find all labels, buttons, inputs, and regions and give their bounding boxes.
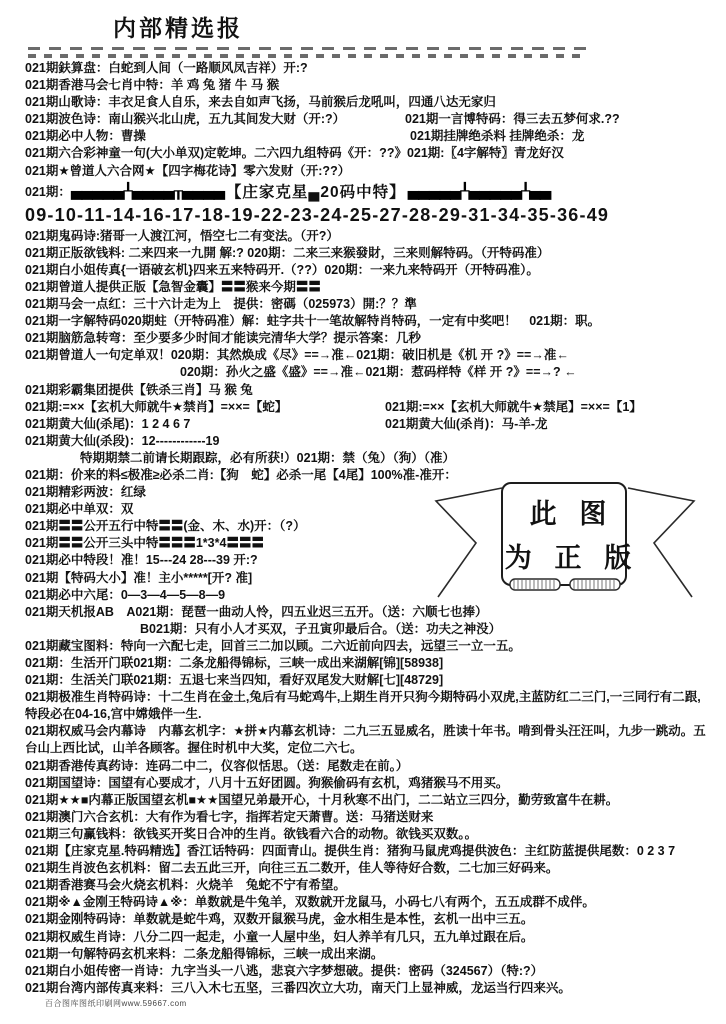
obscured-print-line — [28, 46, 588, 59]
report-line: 021期必中人物：曹操021期挂牌绝杀料 挂牌绝杀：龙 — [0, 128, 726, 145]
bars-row-label: 021期： — [25, 182, 71, 200]
banner-text-line2: 为 正 版 — [505, 543, 640, 573]
twenty-codes-row: 09-10-11-14-16-17-18-19-22-23-24-25-27-2… — [0, 202, 726, 228]
line-text: 021期精彩两波：红绿 — [25, 485, 146, 499]
line-text: 021期※▲金刚王特码诗▲※：单数就是牛兔羊，双数就开龙鼠马，小码七八有两个，五… — [25, 895, 595, 909]
line-text: 021期山歌诗：丰衣足食人自乐，来去自如声飞扬，马前猴后龙吼叫，四通八达无家归 — [25, 95, 496, 109]
report-line: 021期山歌诗：丰衣足食人自乐，来去自如声飞扬，马前猴后龙吼叫，四通八达无家归 — [0, 94, 726, 111]
page-title: 内部精选报 — [113, 10, 726, 43]
line-text: 021期国望诗：国望有心要成才，八月十五好团圆。狗猴偷码有玄机，鸡猪猴马不用买。 — [25, 776, 508, 790]
report-line: 021期香港马会七肖中特：羊 鸡 兔 猪 牛 马 猴 — [0, 77, 726, 94]
report-lines-top: 021期鈇算盘：白蛇到人间（一路顺风凤吉祥）开:?021期香港马会七肖中特：羊 … — [0, 60, 726, 180]
line-text: 021期马会一点红：三十六计走为上 提供：密碼（025973）開:？？準 — [25, 297, 417, 311]
line-text: 021期生肖波色玄机料：留二去五此三开，向往三五二数开，佳人等待好合数，二七加三… — [25, 861, 558, 875]
line-text: 021期鈇算盘：白蛇到人间（一路顺风凤吉祥）开:? — [25, 61, 308, 75]
line-text: 021期藏宝图料：特向一六配七走，回首三二加以顾。二六近前向四去，远望三一立一五… — [25, 639, 521, 653]
line-text: 021期台湾内部传真来料：三八入木七五坚，三番四次立大功，南天门上显神威，龙运当… — [25, 981, 571, 995]
line-text: 021期香港赛马会火烧玄机料：火烧羊 兔蛇不宁有希望。 — [25, 878, 346, 892]
report-line: 021期彩霸集团提供【铁杀三肖】马 猴 兔 — [0, 382, 726, 399]
line-text: 021期必中单双：双 — [25, 502, 133, 516]
line-text: 021期曾道人提供正版【急智金囊】〓〓猴来今期〓〓 — [25, 280, 321, 294]
report-line: 021期鈇算盘：白蛇到人间（一路顺风凤吉祥）开:? — [0, 60, 726, 77]
report-line: 021期香港赛马会火烧玄机料：火烧羊 兔蛇不宁有希望。 — [0, 877, 726, 894]
report-line: 021期澳门六合玄机：大有作为看七字，指挥若定天萧曹。送：马猪送财来 — [0, 809, 726, 826]
line-text: 020期：孙火之盛《盛》==→准←021期：惹码样特《样 开 ?》==→? ← — [180, 365, 577, 379]
report-line: 021期白小姐传真{一语破玄机}四来五来特码开.（??）020期：一来九来特码开… — [0, 262, 726, 279]
report-line: B021期：只有小人才买双，子丑寅卯最后合。（送：功夫之神没） — [0, 621, 726, 638]
line-right-text: 021期挂牌绝杀料 挂牌绝杀：龙 — [410, 128, 584, 145]
report-line: 021期极准生肖特码诗：十二生肖在金土,兔后有马蛇鸡牛,上期生肖开只狗今期特码小… — [0, 689, 726, 723]
genuine-edition-banner: 此 图 为 正 版 — [428, 481, 704, 613]
report-line: 021期:=××【玄机大师就牛★禁肖】=××=【蛇】021期:=××【玄机大师就… — [0, 399, 726, 416]
line-text: 021期金刚特码诗：单数就是蛇牛鸡，双数开鼠猴马虎，金水相生是本性，玄机一出中三… — [25, 912, 533, 926]
line-text: B021期：只有小人才买双，子丑寅卯最后合。（送：功夫之神没） — [140, 622, 501, 636]
line-text: 021期曾道人一句定单双！020期：其然焕成《尽》==→准←021期：破旧机是《… — [25, 348, 569, 362]
line-text: 021期：价来的料≤极准≥必杀二肖:【狗 蛇】必杀一尾【4尾】100%准-准开： — [25, 468, 457, 482]
report-line: 021期黄大仙(杀尾)：1 2 4 6 7021期黄大仙(杀肖)：马-羊-龙 — [0, 416, 726, 433]
line-text: 021期必中六尾：0—3—4—5—8—9 — [25, 588, 225, 602]
line-right-text: 021期黄大仙(杀肖)：马-羊-龙 — [385, 416, 548, 433]
line-text: 021期一字解特码020期蛀（开特码准）解：蛀字共十一笔故解特肖特码，一定有中奖… — [25, 314, 600, 328]
line-text: 021期白小姐传真{一语破玄机}四来五来特码开.（??）020期：一来九来特码开… — [25, 263, 539, 277]
report-line: 021期台湾内部传真来料：三八入木七五坚，三番四次立大功，南天门上显神威，龙运当… — [0, 980, 726, 997]
line-text: 特期期禁二前请长期跟踪，必有所获!）021期：禁（兔）（狗）（准） — [80, 451, 455, 465]
line-text: 021期★曾道人六合网★【四字梅花诗】零六发财（开:??） — [25, 164, 350, 178]
watermark-text: 百合图库图纸印刷网www.59667.com — [45, 998, 187, 1009]
line-text: 021期必中人物：曹操 — [25, 129, 146, 143]
line-text: 021期必中特段！准！15---24 28---39 开:? — [25, 553, 258, 567]
report-line: 021期三句赢钱料：欲钱买开奖日合冲的生肖。欲钱看六合的动物。欲钱买双数。。 — [0, 826, 726, 843]
report-line: 021期※▲金刚王特码诗▲※：单数就是牛兔羊，双数就开龙鼠马，小码七八有两个，五… — [0, 894, 726, 911]
black-bar-decoration-left: ▄▄▄▄▄┸▄▄▄▄┰▄▄▄▄ — [71, 180, 224, 202]
report-line: 021期一句解特码玄机来料：二条龙船得锦标，三峡一成出来湖。 — [0, 946, 726, 963]
banner-left-ribbon-tail — [436, 488, 502, 597]
report-line: 021期权威马会内幕诗 内幕玄机字：★拼★内幕玄机诗：二九三五显威名，胜读十年书… — [0, 723, 726, 757]
line-text: 021期彩霸集团提供【铁杀三肖】马 猴 兔 — [25, 383, 253, 397]
line-text: 021期香港传真药诗：连码二中二，仪容似恬思。（送：尾数走在前。） — [25, 759, 408, 773]
report-line: 021期鬼码诗:猪哥一人渡江河，悟空七二有变法。（开?） — [0, 228, 726, 245]
report-line: 021期正版欲钱料: 二来四来一九開 解:? 020期：二来三来猴發財，三来则解… — [0, 245, 726, 262]
report-line: 021期金刚特码诗：单数就是蛇牛鸡，双数开鼠猴马虎，金水相生是本性，玄机一出中三… — [0, 911, 726, 928]
line-text: 021期黄大仙(杀段)：12------------19 — [25, 434, 219, 448]
report-line: 021期【庄家克星.特码精选】香江话特码：四面青山。提供生肖：猪狗马鼠虎鸡提供波… — [0, 843, 726, 860]
report-line: 021期六合彩神童一句(大小单双)定乾坤。二六四九组特码《开：??》021期:〖… — [0, 145, 726, 162]
line-text: 021期〓〓公开五行中特〓〓(金、木、水)开：（?） — [25, 519, 306, 533]
line-text: 021期权威马会内幕诗 内幕玄机字：★拼★内幕玄机诗：二九三五显威名，胜读十年书… — [25, 724, 706, 755]
line-text: 021期★★■内幕正版国望玄机■★★国望兄弟最开心，十月秋寒不出门，二二站立三四… — [25, 793, 618, 807]
line-text: 021期一句解特码玄机来料：二条龙船得锦标，三峡一成出来湖。 — [25, 947, 383, 961]
report-line: 021期马会一点红：三十六计走为上 提供：密碼（025973）開:？？準 — [0, 296, 726, 313]
report-line: 021期一字解特码020期蛀（开特码准）解：蛀字共十一笔故解特肖特码，一定有中奖… — [0, 313, 726, 330]
line-text: 021期香港马会七肖中特：羊 鸡 兔 猪 牛 马 猴 — [25, 78, 279, 92]
report-line: 021期：生活开门联021期：二条龙船得锦标，三峡一成出来湖解[锦][58938… — [0, 655, 726, 672]
report-line: 021期香港传真药诗：连码二中二，仪容似恬思。（送：尾数走在前。） — [0, 758, 726, 775]
report-line: 021期国望诗：国望有心要成才，八月十五好团圆。狗猴偷码有玄机，鸡猪猴马不用买。 — [0, 775, 726, 792]
line-right-text: 021期一言博特码：得三去五梦何求.?? — [405, 111, 620, 128]
report-line: 021期白小姐传密一肖诗：九字当头一八逃，悲哀六字梦想破。提供：密码（32456… — [0, 963, 726, 980]
banner-text-line1: 此 图 — [530, 499, 615, 529]
banner-scroll-curl-left — [510, 579, 560, 590]
line-text: 021期极准生肖特码诗：十二生肖在金土,兔后有马蛇鸡牛,上期生肖开只狗今期特码小… — [25, 690, 701, 721]
line-text: 021期:=××【玄机大师就牛★禁肖】=××=【蛇】 — [25, 400, 287, 414]
report-line: 021期曾道人一句定单双！020期：其然焕成《尽》==→准←021期：破旧机是《… — [0, 347, 726, 364]
line-text: 021期黄大仙(杀尾)：1 2 4 6 7 — [25, 417, 190, 431]
report-line: 020期：孙火之盛《盛》==→准←021期：惹码样特《样 开 ?》==→? ← — [0, 364, 726, 381]
report-line: 021期权威生肖诗：八分二四一起走，小童一人屋中坐，妇人养羊有几只，五九单过跟在… — [0, 929, 726, 946]
report-line: 021期：生活关门联021期：五退七来当四知，看好双尾发大财解[七][48729… — [0, 672, 726, 689]
line-text: 021期三句赢钱料：欲钱买开奖日合冲的生肖。欲钱看六合的动物。欲钱买双数。。 — [25, 827, 477, 841]
line-right-text: 021期:=××【玄机大师就牛★禁尾】=××=【1】 — [385, 399, 642, 416]
report-line: 特期期禁二前请长期跟踪，必有所获!）021期：禁（兔）（狗）（准） — [0, 450, 726, 467]
line-text: 021期【庄家克星.特码精选】香江话特码：四面青山。提供生肖：猪狗马鼠虎鸡提供波… — [25, 844, 675, 858]
line-text: 021期：生活关门联021期：五退七来当四知，看好双尾发大财解[七][48729… — [25, 673, 443, 687]
line-text: 021期鬼码诗:猪哥一人渡江河，悟空七二有变法。（开?） — [25, 229, 339, 243]
line-text: 021期权威生肖诗：八分二四一起走，小童一人屋中坐，妇人养羊有几只，五九单过跟在… — [25, 930, 533, 944]
report-page: 内部精选报 021期鈇算盘：白蛇到人间（一路顺风凤吉祥）开:?021期香港马会七… — [0, 0, 726, 1024]
line-text: 021期波色诗：南山猴兴北山虎，五九其间发大财（开:?） — [25, 112, 345, 126]
black-bar-decoration-right: ▄▄▄▄▄┸▄▄▄▄▄┸▄▄ — [408, 180, 551, 202]
line-text: 021期澳门六合玄机：大有作为看七字，指挥若定天萧曹。送：马猪送财来 — [25, 810, 433, 824]
report-line: 021期★曾道人六合网★【四字梅花诗】零六发财（开:??） — [0, 163, 726, 180]
line-text: 021期脑筋急转弯：至少要多少时间才能读完清华大学？提示答案：几秒 — [25, 331, 421, 345]
bars-row-title: 【庄家克星▄20码中特】 — [224, 180, 408, 202]
report-line: 021期波色诗：南山猴兴北山虎，五九其间发大财（开:?）021期一言博特码：得三… — [0, 111, 726, 128]
line-text: 021期：生活开门联021期：二条龙船得锦标，三峡一成出来湖解[锦][58938… — [25, 656, 443, 670]
banner-ribbon-graphic: 此 图 为 正 版 — [428, 481, 704, 613]
report-line: 021期★★■内幕正版国望玄机■★★国望兄弟最开心，十月秋寒不出门，二二站立三四… — [0, 792, 726, 809]
banner-scroll-curl-right — [570, 579, 620, 590]
report-line: 021期曾道人提供正版【急智金囊】〓〓猴来今期〓〓 — [0, 279, 726, 296]
barcode-decoration-row: 021期： ▄▄▄▄▄┸▄▄▄▄┰▄▄▄▄ 【庄家克星▄20码中特】 ▄▄▄▄▄… — [0, 180, 726, 202]
line-text: 021期【特码大小】准！主小*****[开? 准] — [25, 571, 252, 585]
line-text: 021期〓〓公开三头中特〓〓〓1*3*4〓〓〓 — [25, 536, 264, 550]
report-line: 021期藏宝图料：特向一六配七走，回首三二加以顾。二六近前向四去，远望三一立一五… — [0, 638, 726, 655]
line-text: 021期正版欲钱料: 二来四来一九開 解:? 020期：二来三来猴發財，三来则解… — [25, 246, 549, 260]
report-line: 021期脑筋急转弯：至少要多少时间才能读完清华大学？提示答案：几秒 — [0, 330, 726, 347]
report-line: 021期黄大仙(杀段)：12------------19 — [0, 433, 726, 450]
line-text: 021期六合彩神童一句(大小单双)定乾坤。二六四九组特码《开：??》021期:〖… — [25, 146, 564, 160]
report-line: 021期生肖波色玄机料：留二去五此三开，向往三五二数开，佳人等待好合数，二七加三… — [0, 860, 726, 877]
line-text: 021期白小姐传密一肖诗：九字当头一八逃，悲哀六字梦想破。提供：密码（32456… — [25, 964, 543, 978]
line-text: 021期天机报AB A021期：琵琶一曲动人怜，四五业迟三五开。（送：六顺七也捧… — [25, 605, 488, 619]
